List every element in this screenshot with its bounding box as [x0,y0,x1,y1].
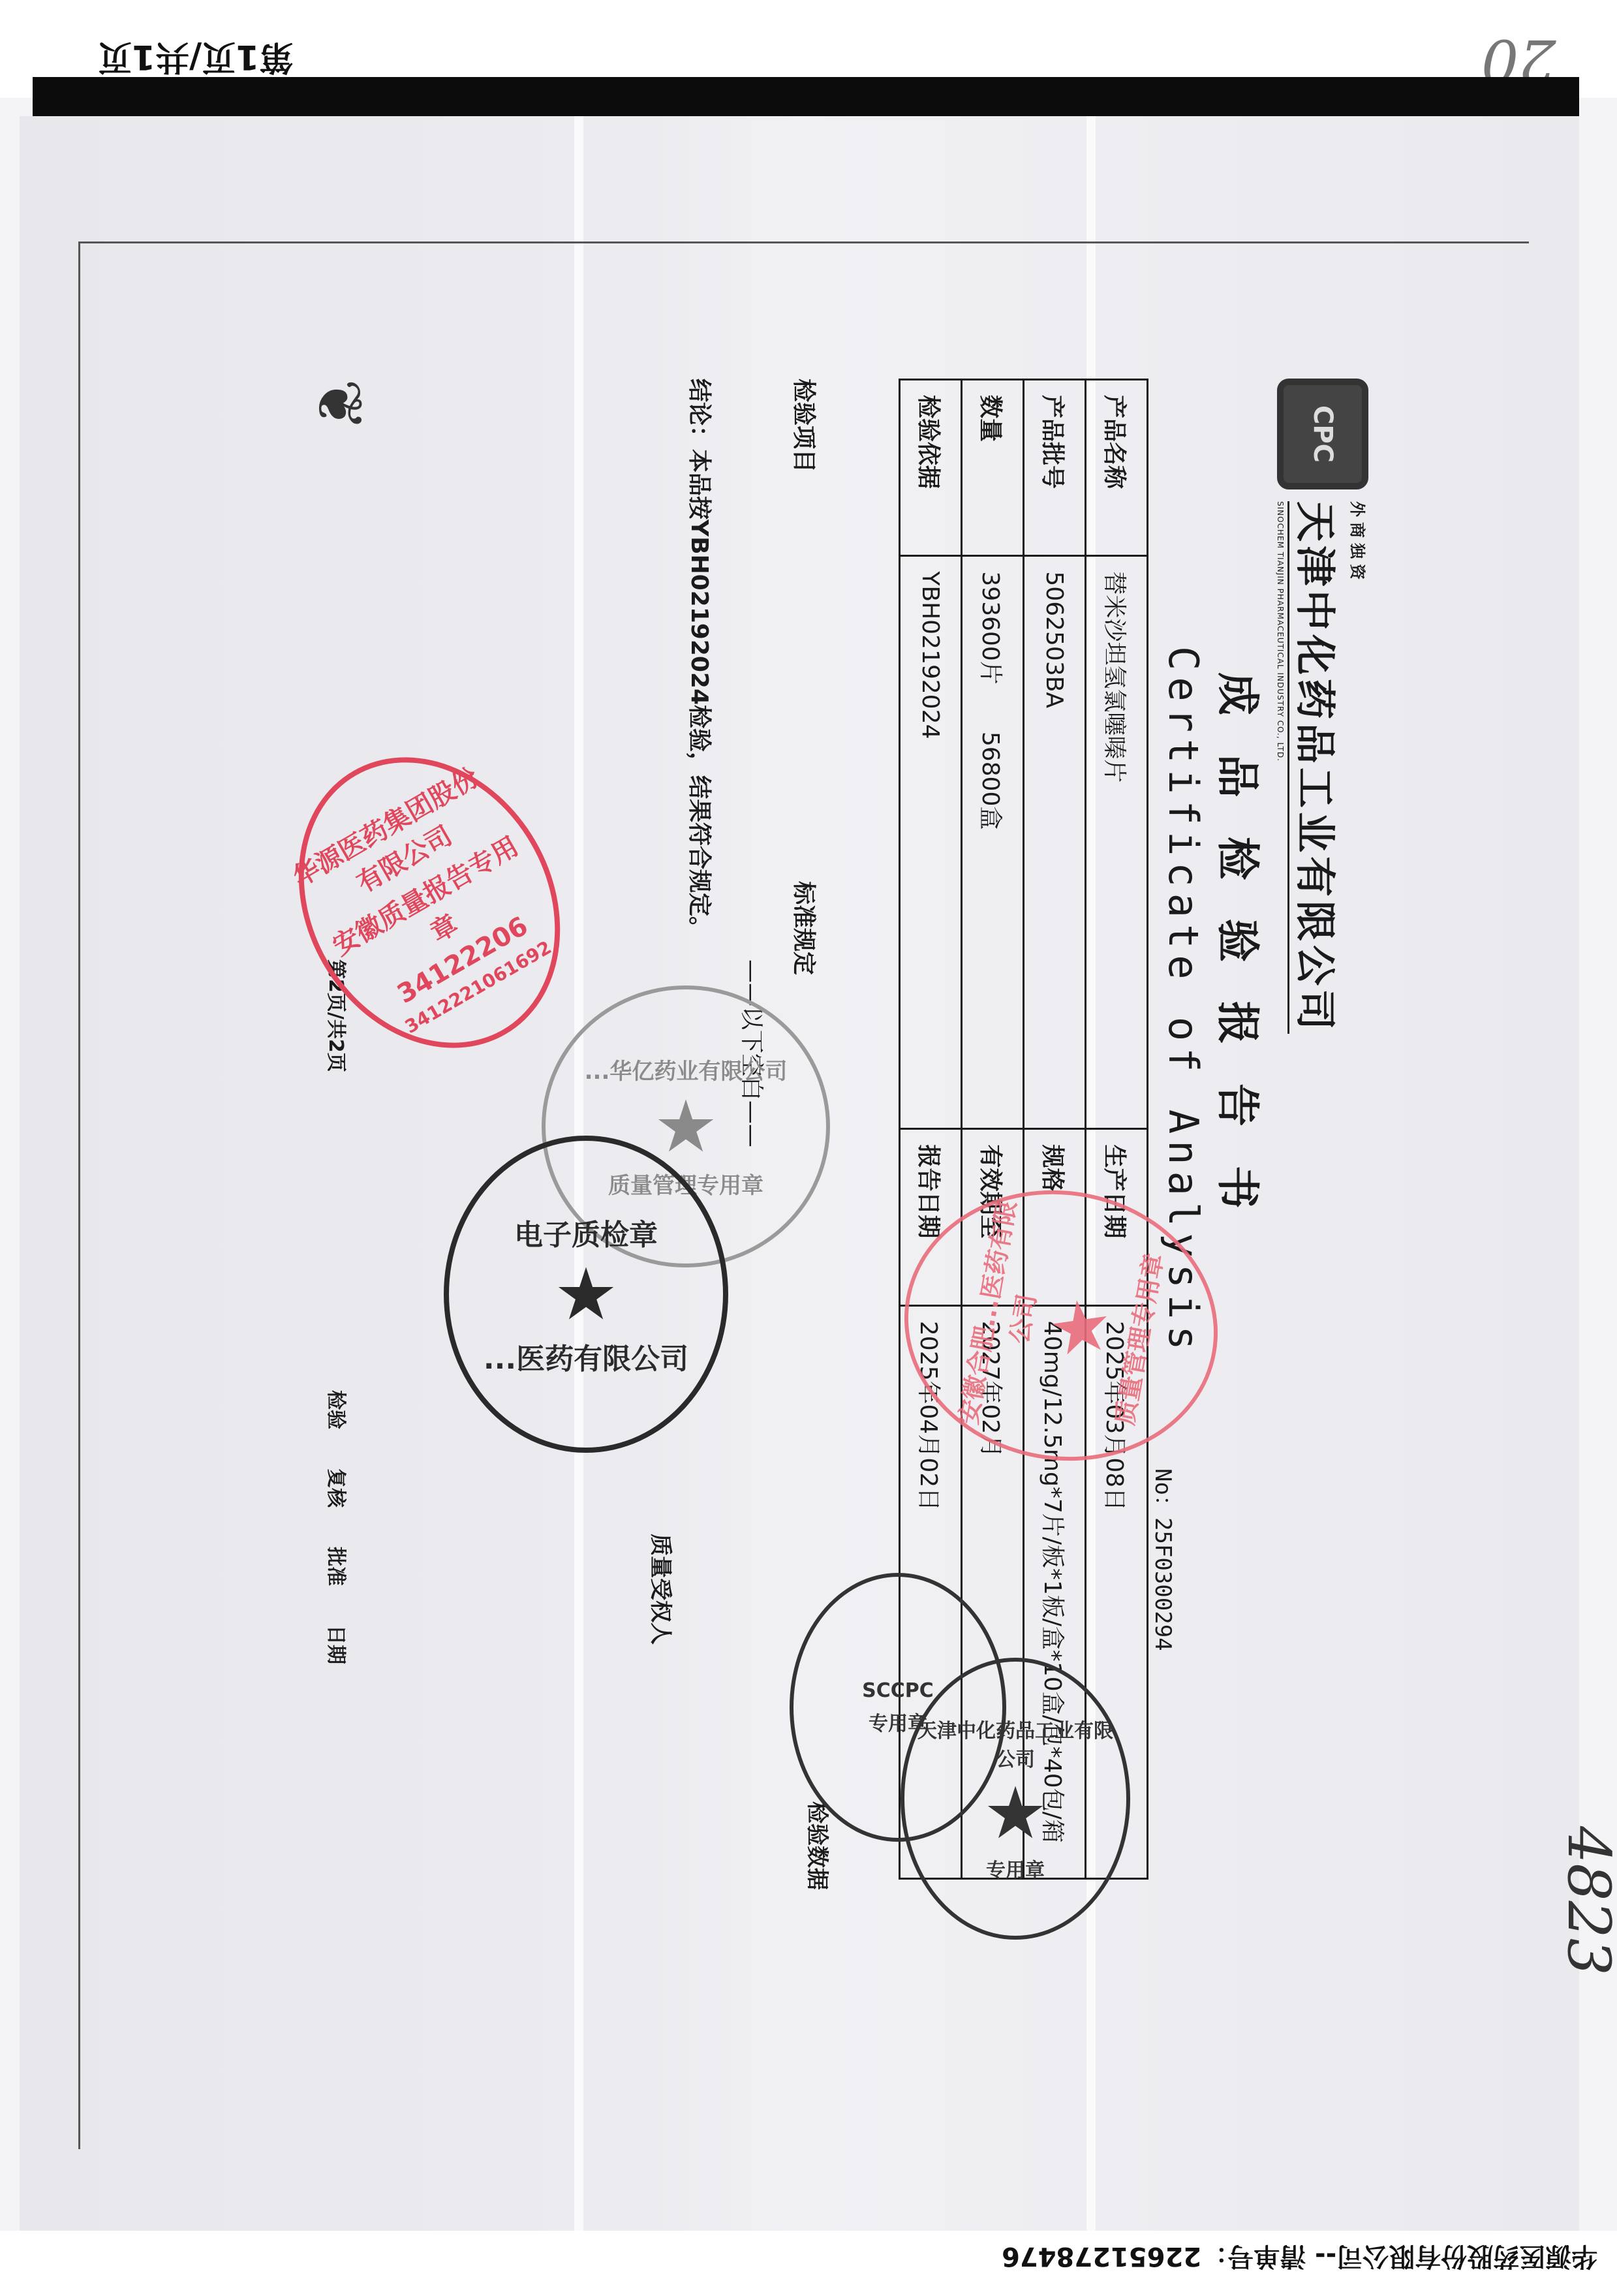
field-label: 检验依据 [900,380,962,556]
star-icon: ★ [911,1777,1120,1849]
test-items-label: 检验项目 [789,379,822,473]
electronic-inspection-stamp: 电子质检章 ★ ...医药有限公司 [444,1136,728,1453]
field-label: 数量 [962,380,1024,556]
scan-edge-band [33,77,1579,116]
signature-label: 批准 [324,1547,352,1586]
field-value: 5062503BA [1024,556,1086,1129]
certificate-title: 成品检验报告书 [1210,672,1272,1248]
table-row: 产品名称替米沙坦氢氯噻嗪片生产日期2025年03月08日 [1086,380,1148,1879]
stamp-line: 天津中化药品工业有限公司 [911,1714,1120,1772]
handwritten-side-mark: 4823 [1554,1826,1617,1976]
table-row: 产品批号5062503BA规格40mg/12.5mg*7片/板*1板/盒*10盒… [1024,380,1086,1879]
signature-label: 日期 [324,1625,352,1664]
field-value: YBH02192024 [900,556,962,1129]
field-value: 393600片 56800盒 [962,556,1024,1129]
field-label: 产品批号 [1024,380,1086,556]
leaf-logo-icon: ❦ [300,379,378,457]
field-label: 产品名称 [1086,380,1148,556]
company-prefix: 外商独资 [1347,501,1370,1034]
report-number: No：25F0300294 [1149,1468,1181,1651]
company-name: 天津中化药品工业有限公司 [1289,501,1347,1034]
company-name-en: SINOCHEM TIANJIN PHARMACEUTICAL INDUSTRY… [1276,501,1289,1034]
cpc-logo-icon: CPC [1278,379,1369,489]
stamp-line: 专用章 [911,1854,1120,1883]
conclusion: 结论：本品按YBH02192024检验，结果符合规定。 [685,379,718,940]
field-value: 替米沙坦氢氯噻嗪片 [1086,556,1148,1129]
signature-row: 检验 复核 批准 日期 [324,1390,352,1664]
signature-label: 复核 [324,1468,352,1508]
qa-person-label: 质量受权人 [647,1534,679,1645]
company-block: 外商独资 天津中化药品工业有限公司 SINOCHEM TIANJIN PHARM… [1276,501,1370,1034]
star-icon: ★ [484,1258,688,1330]
stamp-line: SCCPC [862,1679,934,1702]
company-header: CPC 外商独资 天津中化药品工业有限公司 SINOCHEM TIANJIN P… [1276,379,1370,1034]
stamp-line: ...华亿药业有限公司 [585,1053,788,1085]
standard-label: 标准规定 [789,881,822,975]
inspection-data-label: 检验数据 [803,1801,835,1890]
footer-text: 华源医药股份有限公司-- 清单号：22651278476 [1002,2240,1597,2277]
stamp-line: ...医药有限公司 [484,1335,688,1377]
signature-label: 检验 [324,1390,352,1429]
stamp-line: 电子质检章 [484,1211,688,1253]
sinochem-stamp: 天津中化药品工业有限公司 ★ 专用章 [901,1658,1130,1940]
